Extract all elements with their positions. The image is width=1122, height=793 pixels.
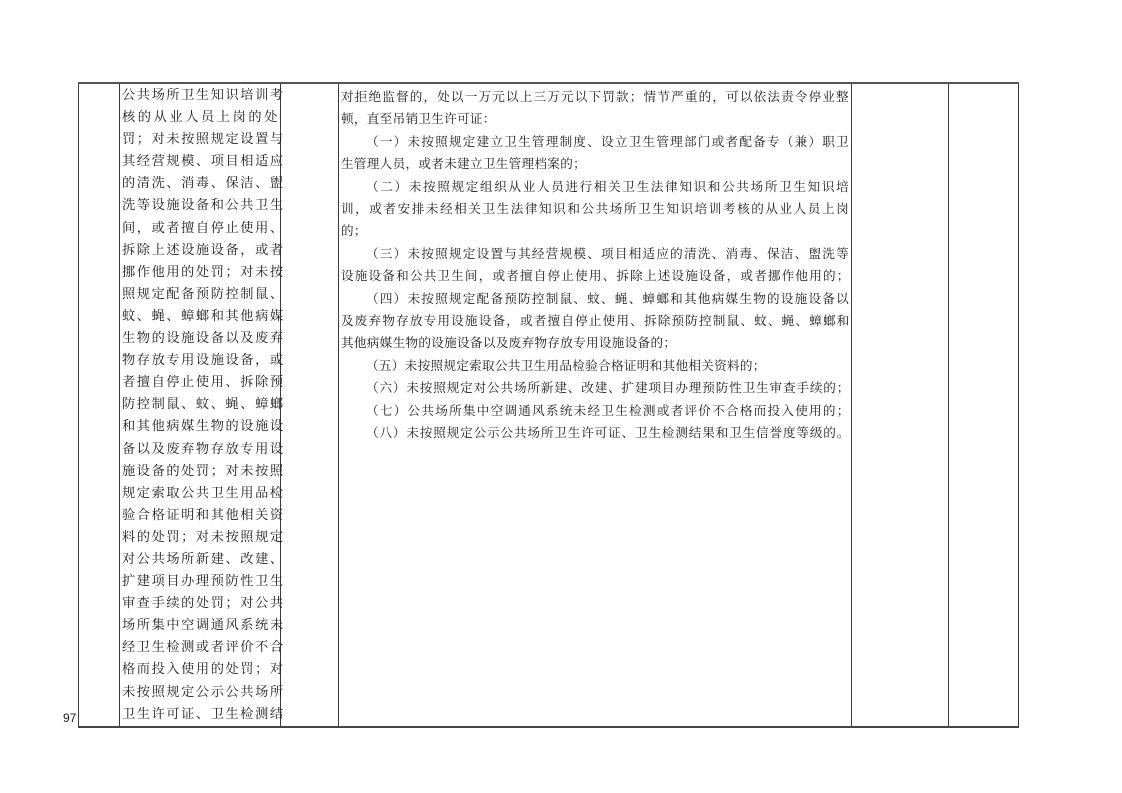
basis-line: 的； [341,220,849,242]
item-name-line: 规定索取公共卫生用品检 [122,483,279,505]
item-name-line: 罚；对未按照规定设置与 [122,129,279,151]
basis-clause-2: （二）未按照规定组织从业人员进行相关卫生法律知识和公共场所卫生知识培 [341,176,849,198]
basis-clause-4: （四）未按照规定配备预防控制鼠、蚊、蝇、蟑螂和其他病媒生物的设施设备以 [341,288,849,310]
item-name-line: 挪作他用的处罚；对未按 [122,262,279,284]
item-name-line: 格而投入使用的处罚；对 [122,659,279,681]
cell-legal-basis: 对拒绝监督的，处以一万元以上三万元以下罚款；情节严重的，可以依法责令停业整 顿，… [339,83,852,727]
basis-line: 顿，直至吊销卫生许可证： [341,108,849,130]
item-name-line: 防控制鼠、蚊、蝇、蟑螂 [122,394,279,416]
item-name-line: 生物的设施设备以及废弃 [122,328,279,350]
item-name-line: 备以及废弃物存放专用设 [122,439,279,461]
item-name-line: 公共场所卫生知识培训考 [122,85,279,107]
cell-category [281,83,339,727]
item-name-line: 核的从业人员上岗的处 [122,107,279,129]
basis-line: 及废弃物存放专用设施设备，或者擅自停止使用、拆除预防控制鼠、蚊、蝇、蟑螂和 [341,310,849,332]
item-name-line: 和其他病媒生物的设施设 [122,416,279,438]
page-number: 97 [63,711,76,725]
basis-line: 对拒绝监督的，处以一万元以上三万元以下罚款；情节严重的，可以依法责令停业整 [341,86,849,108]
basis-clause-5: （五）未按照规定索取公共卫生用品检验合格证明和其他相关资料的； [341,355,849,377]
item-name-line: 卫生许可证、卫生检测结 [122,704,279,726]
legal-basis-text: 对拒绝监督的，处以一万元以上三万元以下罚款；情节严重的，可以依法责令停业整 顿，… [339,84,851,445]
cell-item-name: 公共场所卫生知识培训考 核的从业人员上岗的处 罚；对未按照规定设置与 其经营规模… [120,83,281,727]
item-name-line: 料的处罚；对未按照规定 [122,527,279,549]
item-name-line: 未按照规定公示公共场所 [122,682,279,704]
cell-empty-6 [949,83,1019,727]
item-name-line: 扩建项目办理预防性卫生 [122,571,279,593]
item-name-line: 场所集中空调通风系统未 [122,615,279,637]
basis-line: 训，或者安排未经相关卫生法律知识和公共场所卫生知识培训考核的从业人员上岗 [341,198,849,220]
basis-clause-8: （八）未按照规定公示公共场所卫生许可证、卫生检测结果和卫生信誉度等级的。 [341,422,849,444]
enforcement-item-table: 公共场所卫生知识培训考 核的从业人员上岗的处 罚；对未按照规定设置与 其经营规模… [78,82,1019,728]
table-row: 公共场所卫生知识培训考 核的从业人员上岗的处 罚；对未按照规定设置与 其经营规模… [79,83,1019,727]
basis-clause-7: （七）公共场所集中空调通风系统未经卫生检测或者评价不合格而投入使用的； [341,400,849,422]
item-name-line: 照规定配备预防控制鼠、 [122,284,279,306]
item-name-line: 间，或者擅自停止使用、 [122,218,279,240]
item-name-line: 者擅自停止使用、拆除预 [122,372,279,394]
item-name-line: 验合格证明和其他相关资 [122,505,279,527]
basis-clause-3: （三）未按照规定设置与其经营规模、项目相适应的清洗、消毒、保洁、盥洗等 [341,243,849,265]
cell-empty-5 [852,83,949,727]
basis-clause-1: （一）未按照规定建立卫生管理制度、设立卫生管理部门或者配备专（兼）职卫 [341,131,849,153]
basis-line: 设施设备和公共卫生间，或者擅自停止使用、拆除上述设施设备，或者挪作他用的； [341,265,849,287]
item-name-line: 其经营规模、项目相适应 [122,151,279,173]
cell-serial-number [79,83,120,727]
item-name-text: 公共场所卫生知识培训考 核的从业人员上岗的处 罚；对未按照规定设置与 其经营规模… [120,84,280,726]
basis-line: 生管理人员，或者未建立卫生管理档案的； [341,153,849,175]
item-name-line: 的清洗、消毒、保洁、盥 [122,173,279,195]
item-name-line: 洗等设施设备和公共卫生 [122,195,279,217]
item-name-line: 拆除上述设施设备，或者 [122,240,279,262]
item-name-line: 审查手续的处罚；对公共 [122,593,279,615]
item-name-line: 施设备的处罚；对未按照 [122,461,279,483]
basis-clause-6: （六）未按照规定对公共场所新建、改建、扩建项目办理预防性卫生审查手续的； [341,377,849,399]
item-name-line: 对公共场所新建、改建、 [122,549,279,571]
item-name-line: 经卫生检测或者评价不合 [122,637,279,659]
basis-line: 其他病媒生物的设施设备以及废弃物存放专用设施设备的； [341,332,849,354]
item-name-line: 蚊、蝇、蟑螂和其他病媒 [122,306,279,328]
item-name-line: 物存放专用设施设备，或 [122,350,279,372]
